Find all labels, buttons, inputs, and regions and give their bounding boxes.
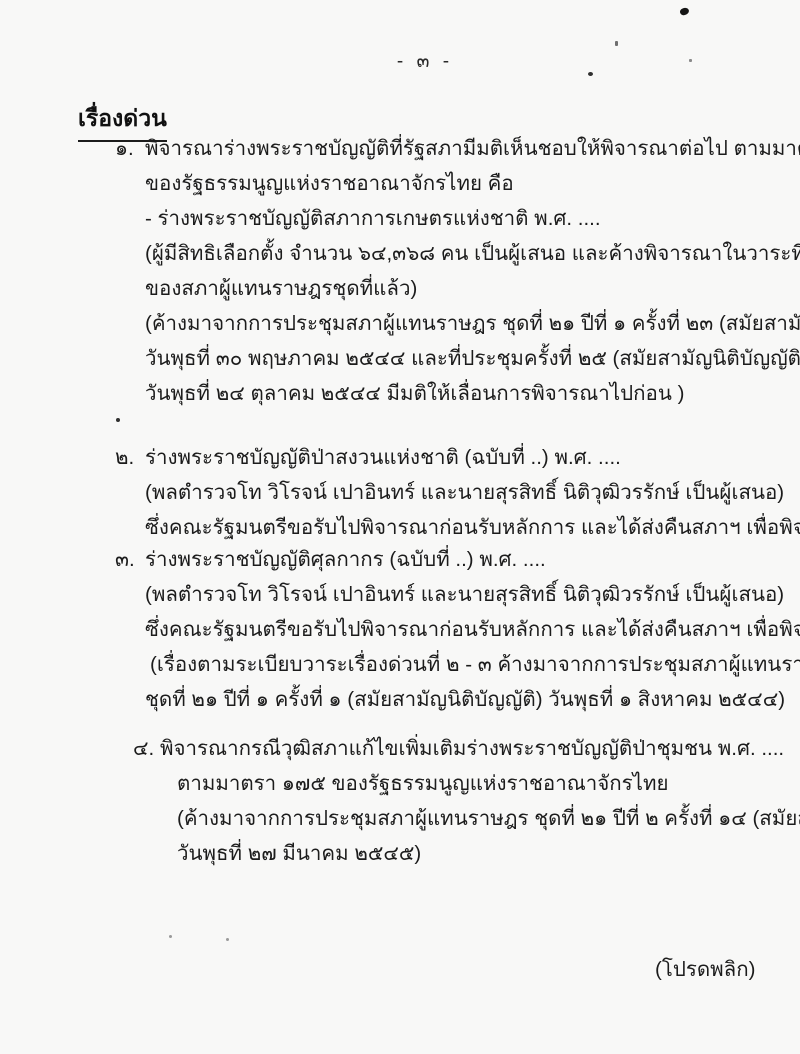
agenda-item-4-line-4: วันพุธที่ ๒๗ มีนาคม ๒๕๔๕) [177, 836, 800, 871]
agenda-item-4-line-2: ตามมาตรา ๑๗๕ ของรัฐธรรมนูญแห่งราชอาณาจัก… [177, 766, 800, 801]
agenda-item-2-line-3: ซึ่งคณะรัฐมนตรีขอรับไปพิจารณาก่อนรับหลัก… [145, 510, 800, 545]
scan-artifact-speck [116, 418, 120, 422]
agenda-item-3-number: ๓. [115, 542, 145, 577]
agenda-item-1-line-3: - ร่างพระราชบัญญัติสภาการเกษตรแห่งชาติ พ… [145, 201, 800, 236]
agenda-item-4-line-3: (ค้างมาจากการประชุมสภาผู้แทนราษฎร ชุดที่… [177, 801, 800, 836]
scan-artifact-dot [588, 72, 593, 76]
agenda-item-1-line-1: ๑. พิจารณาร่างพระราชบัญญัติที่รัฐสภามีมต… [115, 131, 800, 166]
agenda-item-1-number: ๑. [115, 131, 145, 166]
agenda-item-1-text: พิจารณาร่างพระราชบัญญัติที่รัฐสภามีมติเห… [145, 131, 800, 166]
agenda-item-3-line-5: ชุดที่ ๒๑ ปีที่ ๑ ครั้งที่ ๑ (สมัยสามัญน… [145, 682, 800, 717]
scan-artifact-ink-blob [679, 6, 690, 16]
agenda-item-4: ๔. พิจารณากรณีวุฒิสภาแก้ไขเพิ่มเติมร่างพ… [133, 731, 800, 871]
agenda-item-2-text: ร่างพระราชบัญญัติป่าสงวนแห่งชาติ (ฉบับที… [145, 440, 621, 475]
please-turn-over-note: (โปรดพลิก) [655, 953, 756, 986]
agenda-item-1-line-6: (ค้างมาจากการประชุมสภาผู้แทนราษฎร ชุดที่… [145, 306, 800, 341]
agenda-item-2-line-1: ๒. ร่างพระราชบัญญัติป่าสงวนแห่งชาติ (ฉบั… [115, 440, 800, 475]
agenda-item-1: ๑. พิจารณาร่างพระราชบัญญัติที่รัฐสภามีมต… [115, 131, 800, 411]
agenda-item-2-line-2: (พลตำรวจโท วิโรจน์ เปาอินทร์ และนายสุรสิ… [145, 475, 800, 510]
agenda-item-1-line-7: วันพุธที่ ๓๐ พฤษภาคม ๒๕๔๔ และที่ประชุมคร… [145, 341, 800, 376]
agenda-item-1-line-2: ของรัฐธรรมนูญแห่งราชอาณาจักรไทย คือ [145, 166, 800, 201]
agenda-item-1-line-5: ของสภาผู้แทนราษฎรชุดที่แล้ว) [145, 271, 800, 306]
agenda-item-2-number: ๒. [115, 440, 145, 475]
page-number: - ๓ - [370, 46, 480, 76]
scanned-document-page: - ๓ - เรื่องด่วน ๑. พิจารณาร่างพระราชบัญ… [0, 0, 800, 1054]
agenda-item-3-line-3: ซึ่งคณะรัฐมนตรีขอรับไปพิจารณาก่อนรับหลัก… [145, 612, 800, 647]
agenda-item-3-line-2: (พลตำรวจโท วิโรจน์ เปาอินทร์ และนายสุรสิ… [145, 577, 800, 612]
agenda-item-4-text: พิจารณากรณีวุฒิสภาแก้ไขเพิ่มเติมร่างพระร… [160, 731, 784, 766]
scan-artifact-faint-2 [226, 938, 229, 941]
agenda-item-3: ๓. ร่างพระราชบัญญัติศุลกากร (ฉบับที่ ..)… [115, 542, 800, 717]
agenda-item-3-text: ร่างพระราชบัญญัติศุลกากร (ฉบับที่ ..) พ.… [145, 542, 546, 577]
scan-artifact-tick-2 [689, 59, 692, 62]
agenda-item-4-line-1: ๔. พิจารณากรณีวุฒิสภาแก้ไขเพิ่มเติมร่างพ… [133, 731, 800, 766]
agenda-item-1-line-8: วันพุธที่ ๒๔ ตุลาคม ๒๕๔๔ มีมติให้เลื่อนก… [145, 376, 800, 411]
agenda-item-4-number: ๔. [133, 731, 160, 766]
agenda-item-3-line-1: ๓. ร่างพระราชบัญญัติศุลกากร (ฉบับที่ ..)… [115, 542, 800, 577]
scan-artifact-faint-1 [169, 935, 172, 938]
agenda-item-3-line-4: (เรื่องตามระเบียบวาระเรื่องด่วนที่ ๒ - ๓… [150, 647, 800, 682]
agenda-item-1-line-4: (ผู้มีสิทธิเลือกตั้ง จำนวน ๖๔,๓๖๘ คน เป็… [145, 236, 800, 271]
agenda-item-2: ๒. ร่างพระราชบัญญัติป่าสงวนแห่งชาติ (ฉบั… [115, 440, 800, 545]
scan-artifact-tick [615, 41, 618, 46]
